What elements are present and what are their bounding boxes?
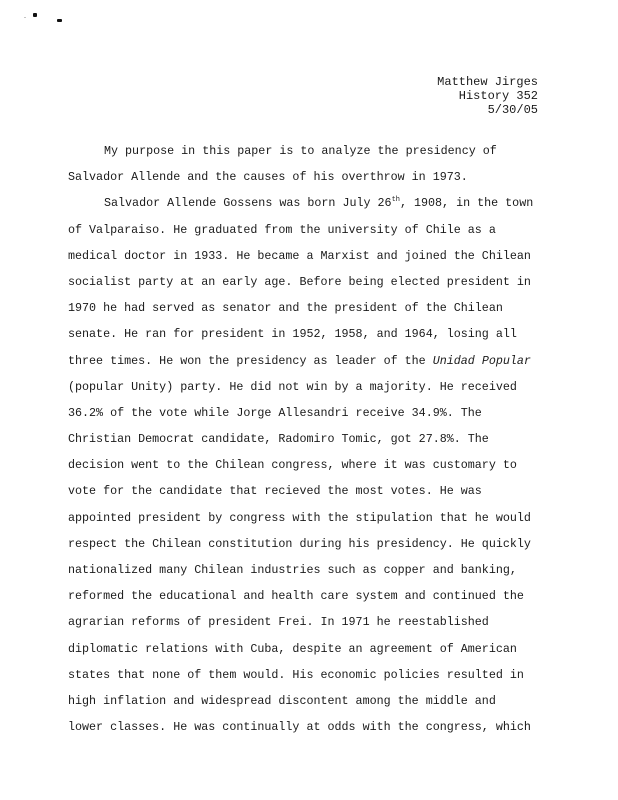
- text-line: Christian Democrat candidate, Radomiro T…: [68, 426, 588, 452]
- text-line: My purpose in this paper is to analyze t…: [68, 138, 588, 164]
- text-line: lower classes. He was continually at odd…: [68, 714, 588, 740]
- scan-speck: [24, 17, 26, 18]
- text-line: respect the Chilean constitution during …: [68, 531, 588, 557]
- text-line: reformed the educational and health care…: [68, 583, 588, 609]
- party-name-italic: Unidad Popular: [433, 354, 531, 368]
- text-line: Salvador Allende Gossens was born July 2…: [68, 190, 588, 216]
- text-line: states that none of them would. His econ…: [68, 662, 588, 688]
- text-line: socialist party at an early age. Before …: [68, 269, 588, 295]
- text-line: senate. He ran for president in 1952, 19…: [68, 321, 588, 347]
- scan-speck: [57, 19, 62, 22]
- author-name: Matthew Jirges: [437, 75, 538, 89]
- text-line: agrarian reforms of president Frei. In 1…: [68, 609, 588, 635]
- text-line: nationalized many Chilean industries suc…: [68, 557, 588, 583]
- paper-body: My purpose in this paper is to analyze t…: [68, 138, 588, 740]
- text-line: of Valparaiso. He graduated from the uni…: [68, 217, 588, 243]
- text-line: three times. He won the presidency as le…: [68, 348, 588, 374]
- course-name: History 352: [437, 89, 538, 103]
- text-line: 1970 he had served as senator and the pr…: [68, 295, 588, 321]
- text-line: diplomatic relations with Cuba, despite …: [68, 636, 588, 662]
- text-line: medical doctor in 1933. He became a Marx…: [68, 243, 588, 269]
- text-line: appointed president by congress with the…: [68, 505, 588, 531]
- text-line: decision went to the Chilean congress, w…: [68, 452, 588, 478]
- paper-header: Matthew Jirges History 352 5/30/05: [437, 75, 538, 117]
- text-line: high inflation and widespread discontent…: [68, 688, 588, 714]
- text-line: vote for the candidate that recieved the…: [68, 478, 588, 504]
- text-line: (popular Unity) party. He did not win by…: [68, 374, 588, 400]
- scan-speck: [33, 13, 37, 17]
- text-line: 36.2% of the vote while Jorge Allesandri…: [68, 400, 588, 426]
- paper-date: 5/30/05: [437, 103, 538, 117]
- text-line: Salvador Allende and the causes of his o…: [68, 164, 588, 190]
